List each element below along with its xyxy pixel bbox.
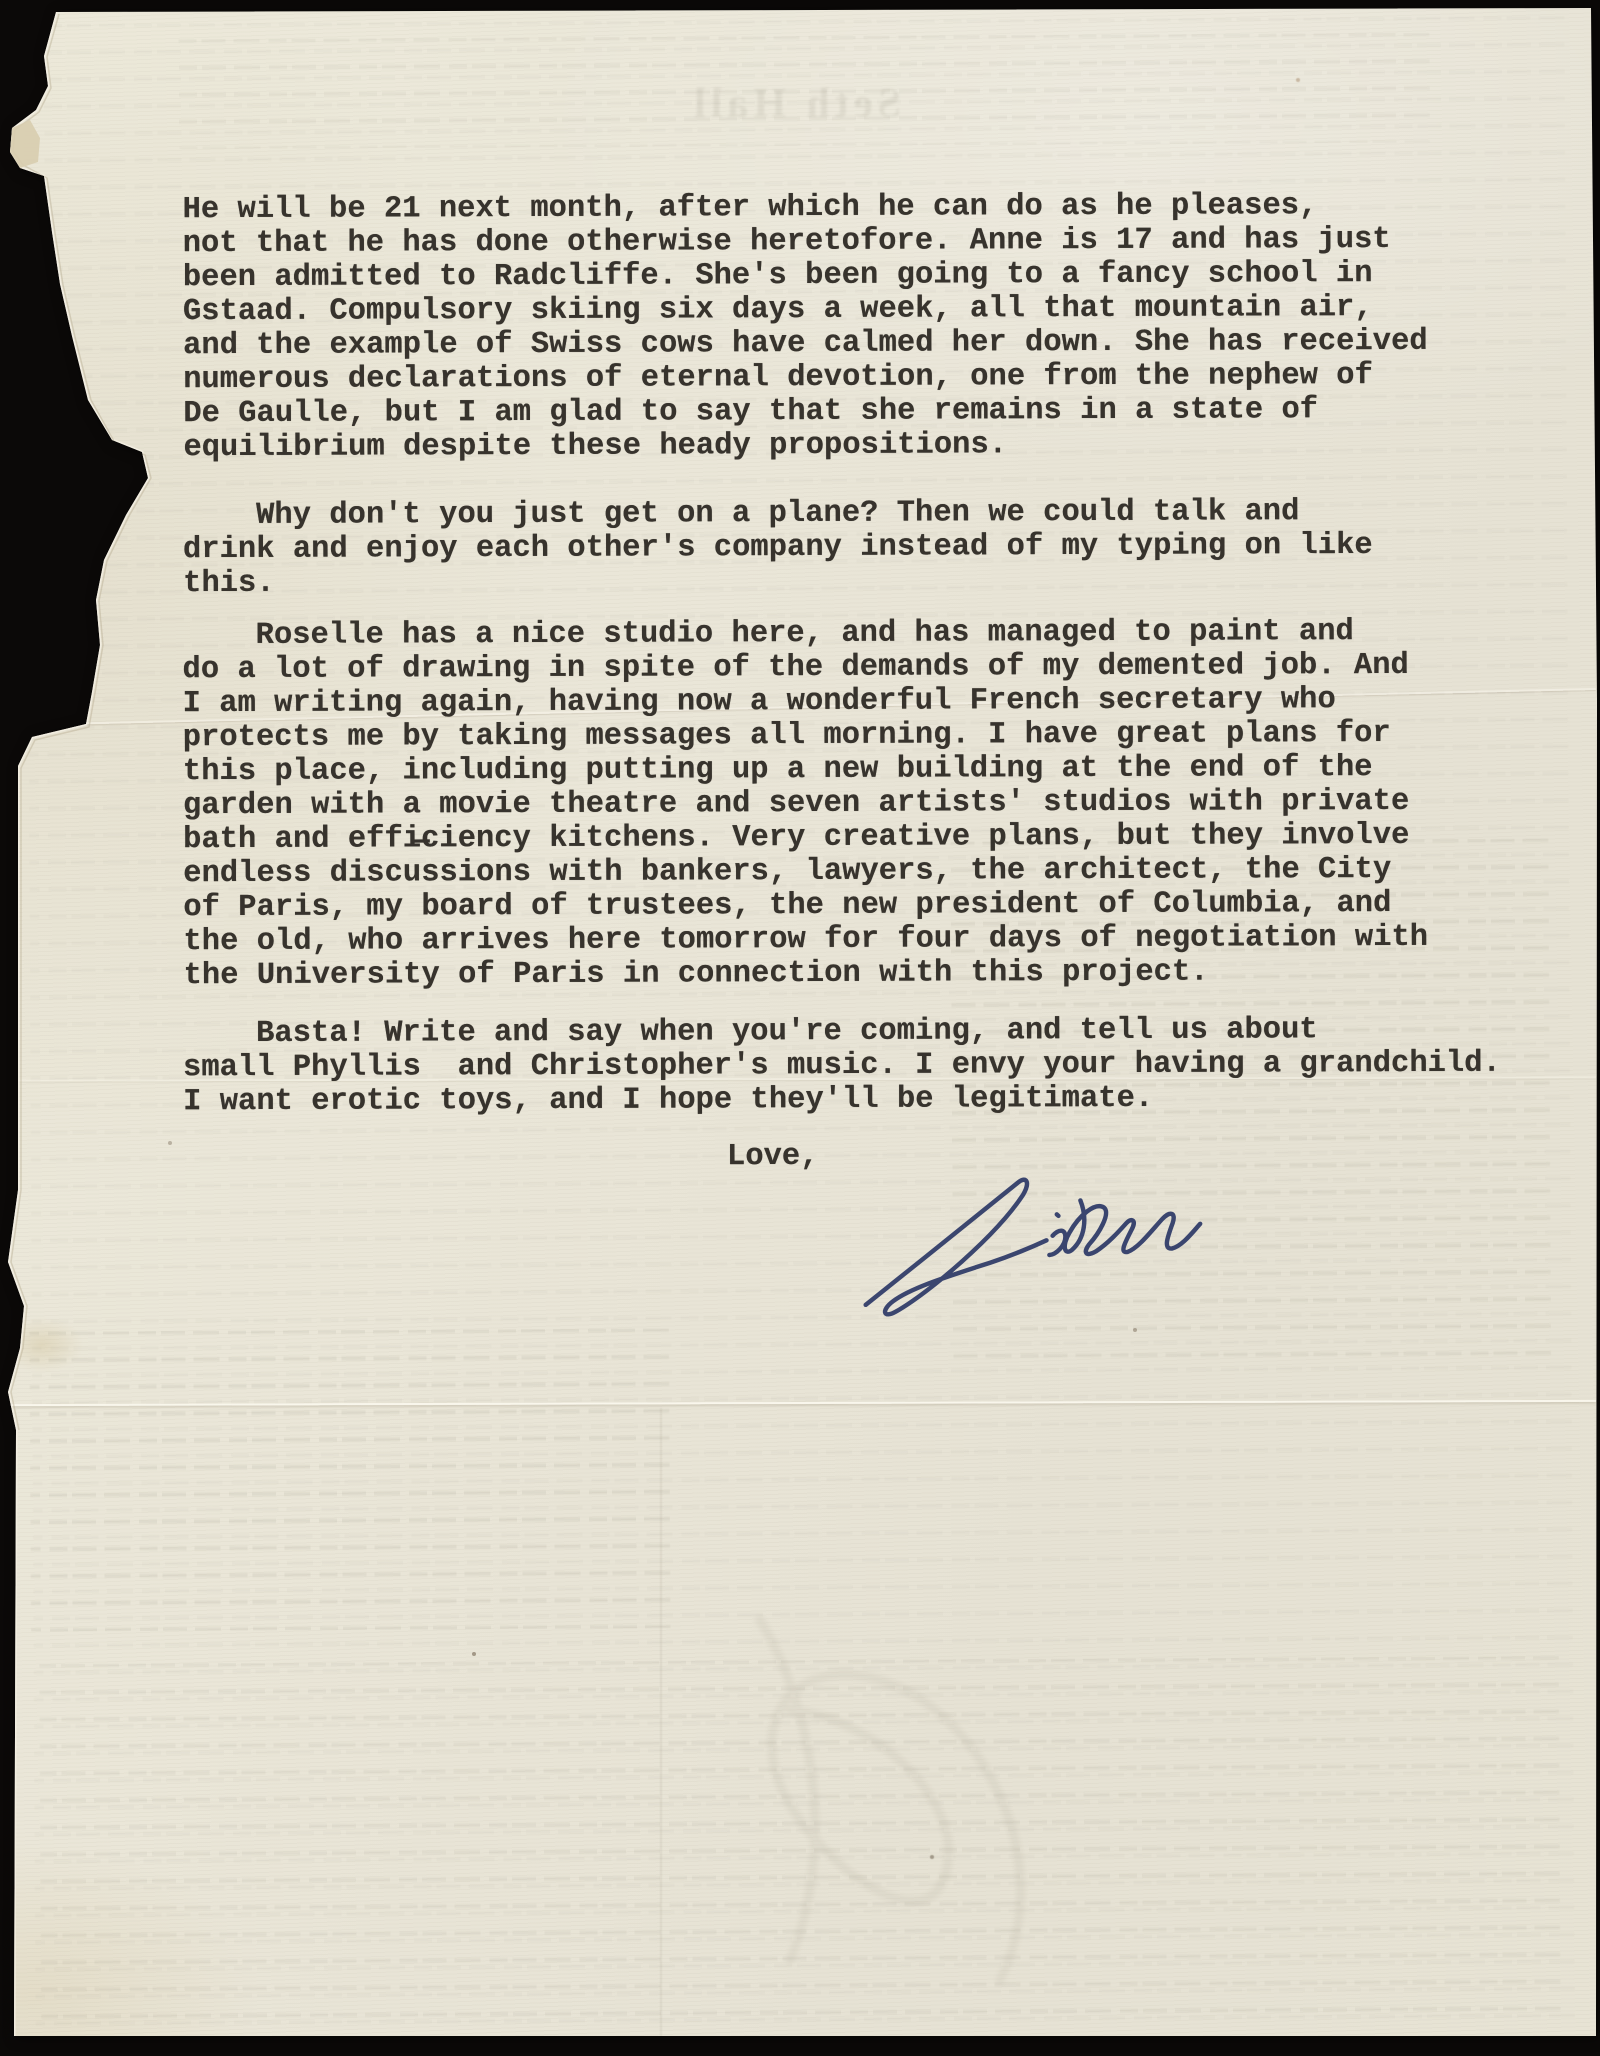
torn-edge-highlight [0,0,200,2056]
letter-paragraph-4: Basta! Write and say when you're coming,… [183,1013,1501,1120]
closing-valediction: Love, [727,1140,819,1174]
paper-specks [0,0,4,4]
bleedthrough-flourish [560,1560,1120,2040]
bleedthrough-imprint: Seth Hall [630,80,960,128]
letter-paragraph-1: He will be 21 next month, after which he… [183,189,1429,465]
signature-i-dot [1057,1214,1059,1216]
fold-crease-vertical [660,1408,662,2036]
signature-stroke-b [860,1179,1050,1316]
letter-paragraph-2: Why don't you just get on a plane? Then … [183,495,1373,601]
signature-stroke-ill [1047,1194,1202,1256]
bleedthrough-patch-bottom [39,1656,1561,2034]
photo-backdrop: Seth Hall He will be 21 next month, afte… [0,0,1600,2056]
paper-shadow-wrap: Seth Hall He will be 21 next month, afte… [0,0,1600,2056]
bleedthrough-patch-left [29,1328,671,1631]
letter-paragraph-3: Roselle has a nice studio here, and has … [182,615,1428,993]
letter-page: Seth Hall He will be 21 next month, afte… [0,0,1600,2056]
signature-bill: Bill [846,1168,1216,1328]
fold-crease-lower [0,1400,1596,1406]
